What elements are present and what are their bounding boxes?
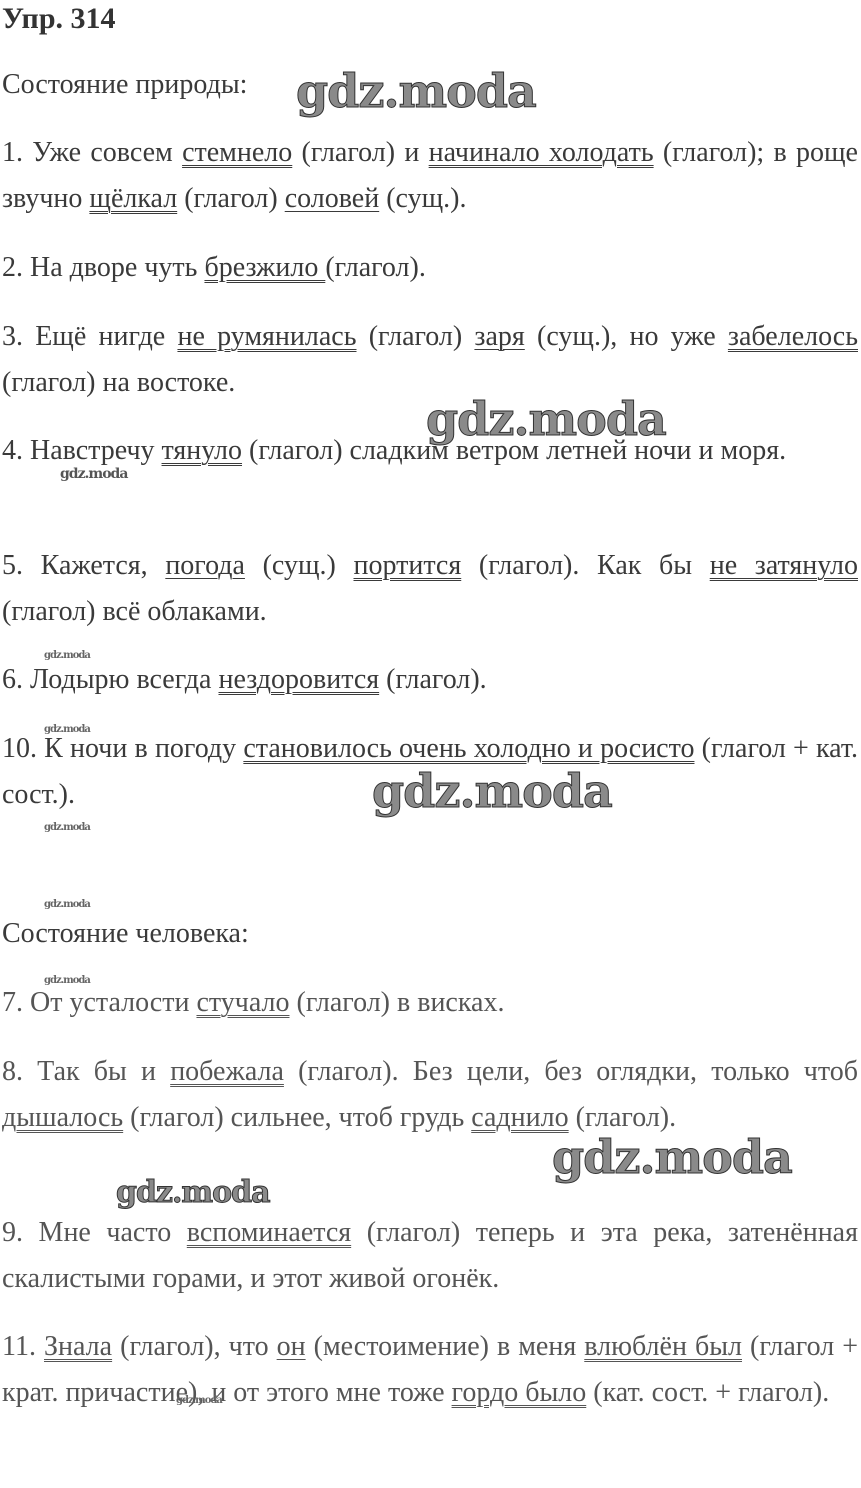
text-run: 8. Так бы и (2, 1056, 170, 1087)
text-run: (глагол). (325, 252, 426, 283)
text-run: 7. От усталости (2, 987, 196, 1018)
text-run: (сущ.), но уже (525, 321, 728, 352)
text-run: 9. Мне часто (2, 1217, 187, 1248)
underlined-predicate: не затянуло (710, 550, 858, 581)
underlined-subject: соловей (285, 183, 380, 214)
text-run: (глагол) сильнее, чтоб грудь (123, 1102, 471, 1133)
underlined-predicate: вспоминается (187, 1217, 351, 1248)
exercise-title: Упр. 314 (2, 2, 116, 36)
underlined-predicate: становилось очень холодно и росисто (243, 733, 694, 764)
underlined-predicate: щёлкал (89, 183, 177, 214)
watermark: gdz.moda (372, 764, 612, 818)
text-run: (глагол) в висках. (290, 987, 505, 1018)
underlined-predicate: брезжило (204, 252, 325, 283)
watermark: gdz.moda (44, 899, 90, 910)
section-heading-nature: Состояние природы: (2, 62, 247, 108)
text-run: (глагол). (379, 664, 487, 695)
text-run: (кат. сост. + глагол). (586, 1377, 829, 1408)
text-run: (глагол), что (112, 1331, 277, 1362)
paragraph-6: 6. Лодырю всегда нездоровится (глагол). (2, 657, 858, 703)
underlined-predicate: гордо было (452, 1377, 587, 1408)
text-run: (глагол) и (292, 137, 428, 168)
watermark: gdz.moda (44, 822, 90, 833)
watermark: gdz.moda (60, 466, 127, 482)
watermark: gdz.moda (44, 650, 90, 661)
text-run: (глагол) всё облаками. (2, 596, 267, 627)
underlined-predicate: портится (354, 550, 462, 581)
underlined-predicate: влюблён был (584, 1331, 742, 1362)
underlined-predicate: не румянилась (177, 321, 356, 352)
underlined-predicate: Знала (44, 1331, 112, 1362)
watermark: gdz.moda (296, 64, 536, 118)
text-run: 6. Лодырю всегда (2, 664, 218, 695)
underlined-predicate: стемнело (182, 137, 292, 168)
text-run: 2. На дворе чуть (2, 252, 204, 283)
paragraph-8: 8. Так бы и побежала (глагол). Без цели,… (2, 1049, 858, 1141)
text-run: (глагол) (177, 183, 285, 214)
text-run: 3. Ещё нигде (2, 321, 177, 352)
underlined-predicate: побежала (170, 1056, 284, 1087)
text-run: (глагол). (569, 1102, 677, 1133)
paragraph-7: 7. От усталости стучало (глагол) в виска… (2, 980, 858, 1026)
text-run: (местоимение) в меня (306, 1331, 585, 1362)
paragraph-9: 9. Мне часто вспоминается (глагол) тепер… (2, 1210, 858, 1302)
watermark: gdz.moda (44, 975, 90, 986)
underlined-subject: погода (165, 550, 245, 581)
text-run: (глагол). Как бы (461, 550, 709, 581)
underlined-predicate: тянуло (162, 435, 242, 466)
text-run: 1. Уже совсем (2, 137, 182, 168)
text-run: (сущ.) (245, 550, 354, 581)
paragraph-11: 11. Знала (глагол), что он (местоимение)… (2, 1324, 858, 1416)
text-run: 10. К ночи в погоду (2, 733, 243, 764)
watermark: gdz.moda (552, 1130, 792, 1184)
underlined-subject: заря (474, 321, 524, 352)
watermark: gdz.moda (116, 1175, 270, 1210)
text-run: (глагол) на востоке. (2, 367, 235, 398)
underlined-predicate: начинало холодать (429, 137, 654, 168)
underlined-predicate: саднило (471, 1102, 568, 1133)
text-run: 5. Кажется, (2, 550, 165, 581)
text-run: (сущ.). (379, 183, 466, 214)
underlined-predicate: стучало (196, 987, 289, 1018)
section-heading-human: Состояние человека: (2, 911, 249, 957)
watermark: gdz.moda (44, 724, 90, 735)
paragraph-2: 2. На дворе чуть брезжило (глагол). (2, 245, 858, 291)
underlined-predicate: забелелось (728, 321, 858, 352)
underlined-predicate: дышалось (2, 1102, 123, 1133)
text-run: (глагол) (357, 321, 475, 352)
watermark: gdz.moda (176, 1395, 222, 1406)
watermark: gdz.moda (426, 392, 666, 446)
paragraph-5: 5. Кажется, погода (сущ.) портится (глаг… (2, 543, 858, 635)
underlined-predicate: нездоровится (218, 664, 379, 695)
text-run: 4. Навстречу (2, 435, 162, 466)
underlined-subject: он (277, 1331, 306, 1362)
text-run: 11. (2, 1331, 44, 1362)
text-run: (глагол). Без цели, без оглядки, только … (284, 1056, 858, 1087)
paragraph-1: 1. Уже совсем стемнело (глагол) и начина… (2, 130, 858, 222)
